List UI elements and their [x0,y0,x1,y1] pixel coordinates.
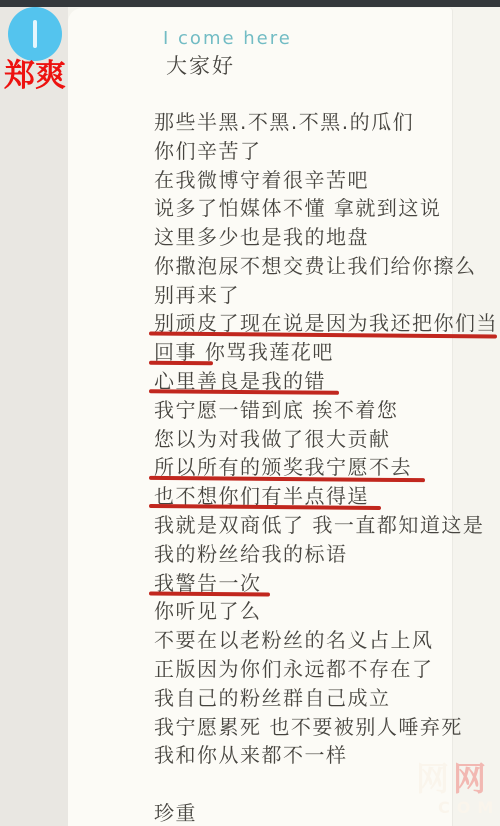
handwritten-text: 你撒泡尿不想交费让我们给你擦么 [154,250,477,279]
handwritten-line: 所以所有的颁奖我宁愿不去 [154,452,500,481]
handwritten-line [154,768,500,797]
handwritten-line: 珍重 [154,797,500,826]
handwritten-line: 我宁愿一错到底 挨不着您 [154,394,500,423]
handwritten-text: 珍重 [154,797,197,826]
handwritten-line: 我宁愿累死 也不要被别人唾弃死 [154,711,500,740]
handwritten-line: 别顽皮了现在说是因为我还把你们当 [154,308,500,337]
handwritten-text: 那些半黑.不黑.不黑.的瓜们 [154,106,414,135]
handwritten-text: 我和你从来都不一样 [154,739,348,768]
handwritten-text: 你听见了么 [154,595,262,624]
handwritten-line: 那些半黑.不黑.不黑.的瓜们 [154,106,500,135]
handwritten-line: 我警告一次 [154,567,500,596]
left-margin-strip [0,7,68,826]
handwritten-text: 正版因为你们永远都不存在了 [154,653,434,682]
handwritten-line: 你撒泡尿不想交费让我们给你擦么 [154,250,500,279]
greeting-line: 大家好 [166,50,235,80]
handwritten-line: 我自己的粉丝群自己成立 [154,682,500,711]
handwritten-line: 我的粉丝给我的标语 [154,538,500,567]
handwritten-text: 我宁愿一错到底 挨不着您 [154,394,398,423]
handwritten-text: 在我微博守着很辛苦吧 [154,164,369,193]
handwritten-text: 不要在以老粉丝的名义占上风 [154,624,434,653]
handwritten-line: 这里多少也是我的地盘 [154,221,500,250]
handwritten-text: 您以为对我做了很大贡献 [154,423,391,452]
avatar[interactable] [8,7,62,61]
handwritten-line: 你听见了么 [154,596,500,625]
profile-name: 郑爽 [4,58,76,94]
handwritten-text: 我自己的粉丝群自己成立 [154,682,391,711]
post-title: I come here [163,28,292,49]
handwritten-line: 你们辛苦了 [154,135,500,164]
handwritten-text: 你们辛苦了 [154,135,262,164]
handwritten-line: 回事 你骂我莲花吧 [154,336,500,365]
handwritten-line: 心里善良是我的错 [154,365,500,394]
handwritten-text: 我的粉丝给我的标语 [154,538,348,567]
handwritten-line: 说多了怕媒体不懂 拿就到这说 [154,192,500,221]
top-status-bar [0,0,500,7]
handwritten-text: 别再来了 [154,279,240,308]
handwritten-line: 我就是双商低了 我一直都知道这是 [154,509,500,538]
handwritten-line: 不要在以老粉丝的名义占上风 [154,624,500,653]
handwritten-text: 说多了怕媒体不懂 拿就到这说 [154,192,441,221]
post-lines: 那些半黑.不黑.不黑.的瓜们你们辛苦了在我微博守着很辛苦吧说多了怕媒体不懂 拿就… [154,106,500,826]
handwritten-line: 正版因为你们永远都不存在了 [154,653,500,682]
handwritten-line: 您以为对我做了很大贡献 [154,423,500,452]
screenshot-root: I come here 大家好 那些半黑.不黑.不黑.的瓜们你们辛苦了在我微博守… [0,0,500,826]
handwritten-line: 我和你从来都不一样 [154,740,500,769]
handwritten-line: 别再来了 [154,279,500,308]
handwritten-text: 我宁愿累死 也不要被别人唾弃死 [154,711,463,740]
handwritten-line: 在我微博守着很辛苦吧 [154,164,500,193]
post-card: I come here 大家好 那些半黑.不黑.不黑.的瓜们你们辛苦了在我微博守… [68,8,452,826]
handwritten-text: 这里多少也是我的地盘 [154,221,369,250]
handwritten-line: 也不想你们有半点得逞 [154,480,500,509]
avatar-placeholder-icon [33,20,37,48]
handwritten-text: 我就是双商低了 我一直都知道这是 [154,509,484,538]
